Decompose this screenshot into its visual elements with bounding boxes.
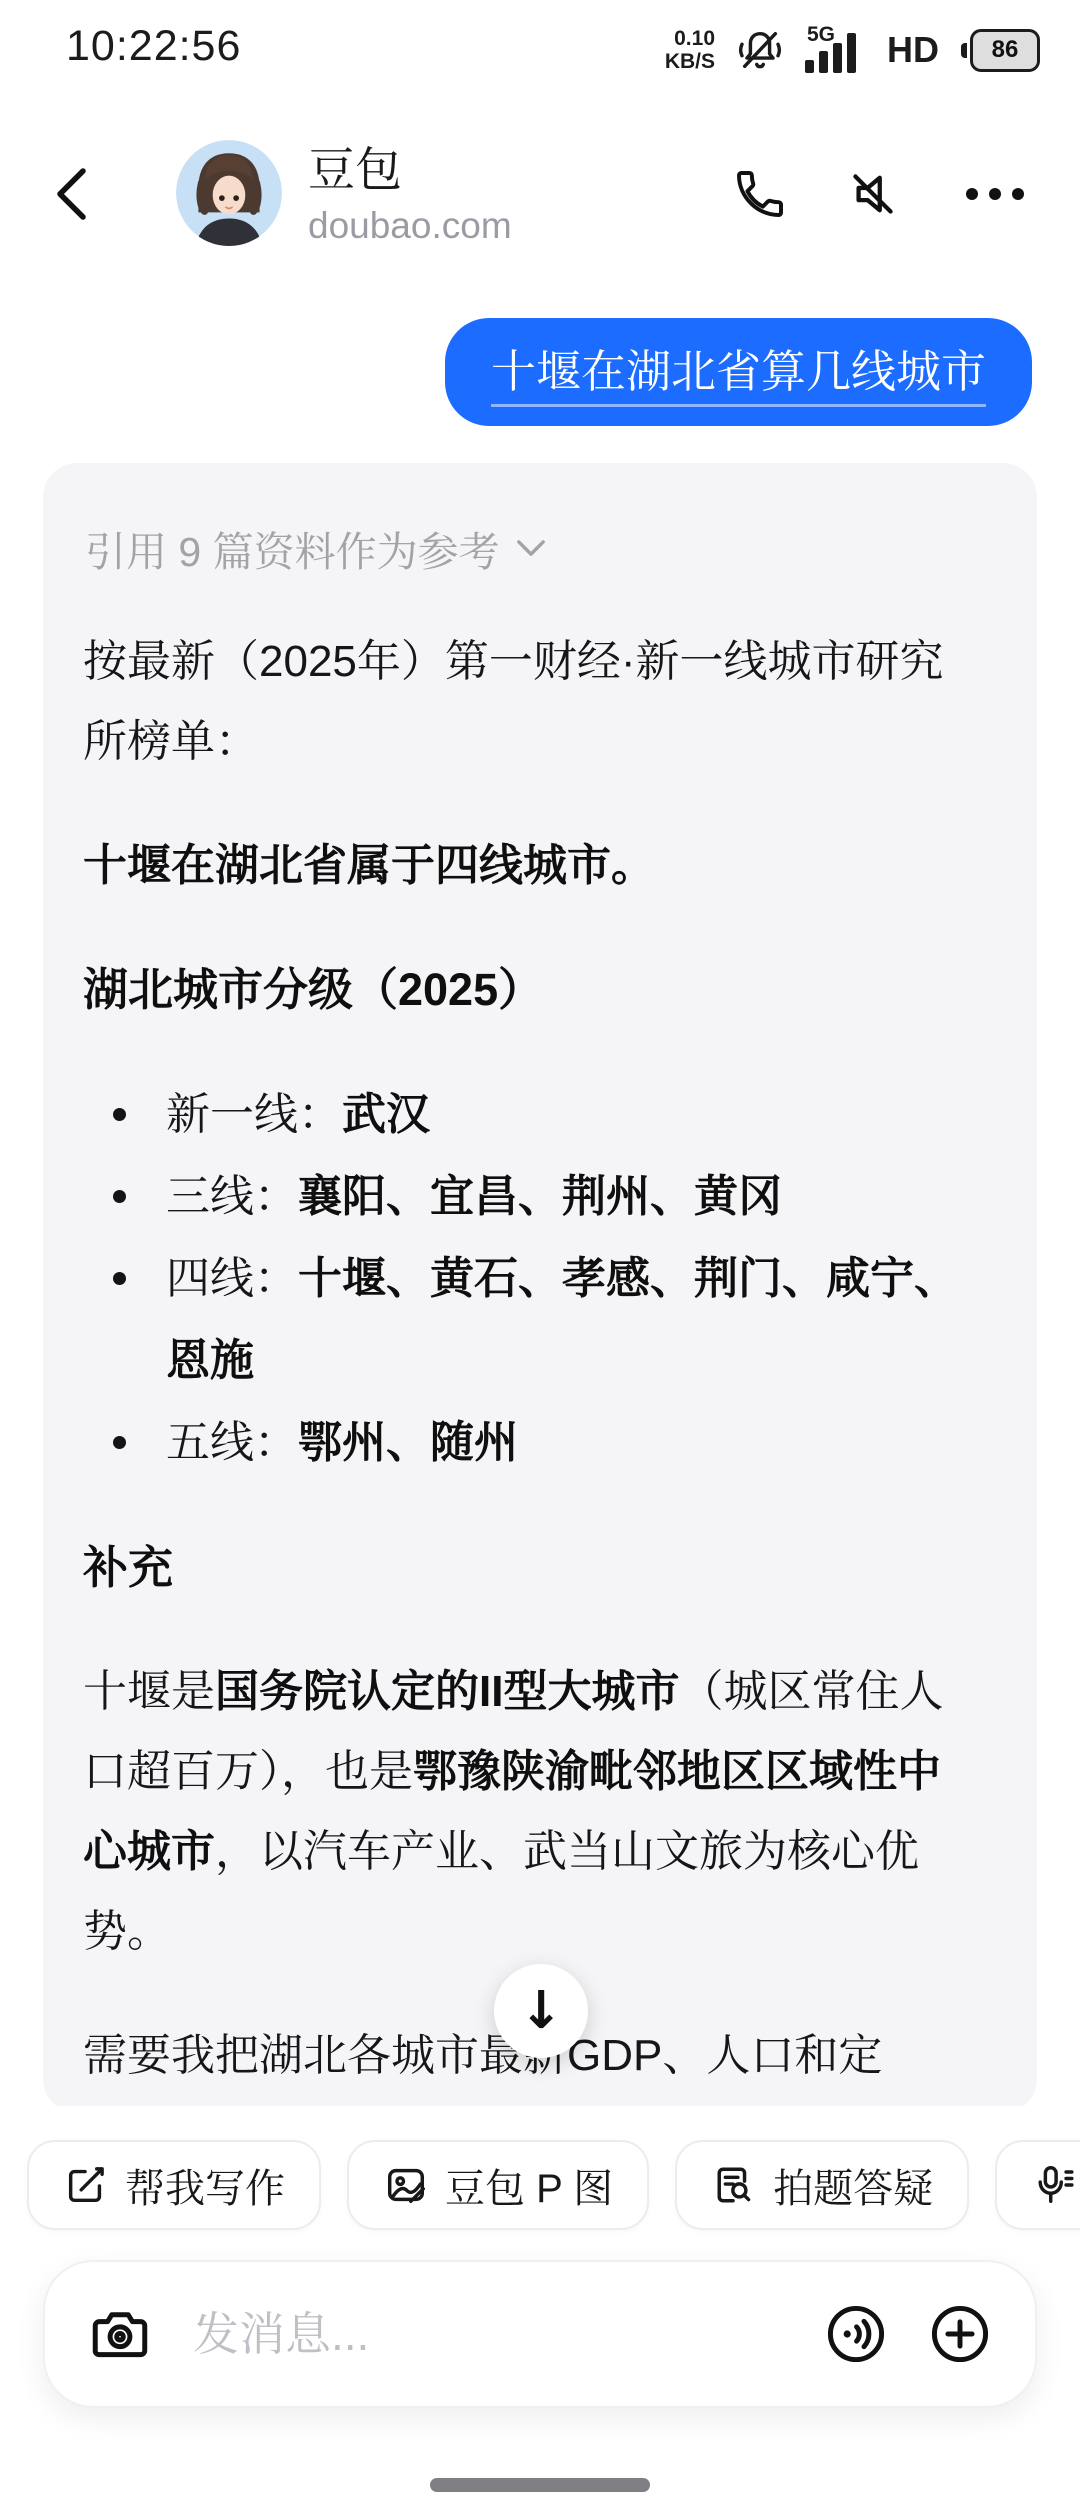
- assistant-name: 豆包: [308, 142, 512, 198]
- battery-icon: 86: [961, 29, 1040, 72]
- assistant-domain: doubao.com: [308, 204, 512, 248]
- sound-muted-icon[interactable]: [846, 128, 900, 260]
- assistant-message-card: 引用 9 篇资料作为参考 按最新（2025年）第一财经·新一线城市研究所榜单： …: [43, 463, 1037, 2113]
- bullet-dot: [113, 1272, 126, 1285]
- assistant-message-body: 按最新（2025年）第一财经·新一线城市研究所榜单： 十堰在湖北省属于四线城市。…: [83, 622, 997, 2113]
- arrow-down-icon: ↓: [519, 1981, 563, 2041]
- header-titles: 豆包 doubao.com: [308, 142, 512, 248]
- status-icons: 0.10 KB/S 5G HD 8: [665, 0, 1040, 100]
- message-input[interactable]: [191, 2306, 785, 2362]
- section-heading: 湖北城市分级（2025）: [83, 950, 983, 1030]
- voice-wave-icon[interactable]: [823, 2301, 889, 2367]
- list-item: 五线：鄂州、随州: [83, 1402, 997, 1484]
- network-speed: 0.10 KB/S: [665, 27, 715, 73]
- tool-label: 拍题答疑: [773, 2157, 933, 2214]
- vibrate-mute-icon: [737, 27, 783, 73]
- signal-5g-icon: 5G: [805, 23, 865, 77]
- paragraph: 十堰是国务院认定的II型大城市（城区常住人口超百万），也是鄂豫陕渝毗邻地区区域性…: [83, 1652, 983, 1972]
- doc-search-icon: [711, 2162, 757, 2208]
- citation-toggle[interactable]: 引用 9 篇资料作为参考: [85, 519, 546, 578]
- citation-label: 引用 9 篇资料作为参考: [85, 519, 500, 578]
- assistant-avatar[interactable]: [176, 140, 282, 246]
- plus-icon[interactable]: [927, 2301, 993, 2367]
- image-edit-icon: [383, 2162, 429, 2208]
- voice-record-button[interactable]: 录音: [995, 2140, 1080, 2230]
- paragraph: 按最新（2025年）第一财经·新一线城市研究所榜单：: [83, 622, 983, 782]
- photo-question-button[interactable]: 拍题答疑: [675, 2140, 969, 2230]
- section-heading: 补充: [83, 1528, 983, 1608]
- scroll-to-bottom-button[interactable]: ↓: [494, 1964, 588, 2058]
- tool-label: 帮我写作: [125, 2157, 285, 2214]
- doubao-photo-edit-button[interactable]: 豆包 P 图: [347, 2140, 649, 2230]
- more-menu-icon[interactable]: [962, 128, 1028, 260]
- chat-header: 豆包 doubao.com: [0, 128, 1080, 260]
- user-message-bubble[interactable]: 十堰在湖北省算几线城市: [445, 318, 1032, 426]
- list-item: 四线：十堰、黄石、孝感、荆门、咸宁、恩施: [83, 1238, 997, 1402]
- network-speed-unit: KB/S: [665, 50, 715, 73]
- list-item: 三线：襄阳、宜昌、荆州、黄冈: [83, 1156, 997, 1238]
- network-speed-value: 0.10: [674, 27, 715, 50]
- hd-indicator: HD: [887, 29, 939, 71]
- paragraph: 需要我把湖北各城市最新GDP、人口和定位做个简明对比吗?: [83, 2016, 893, 2113]
- bullet-dot: [113, 1108, 126, 1121]
- city-tier-list: 新一线：武汉 三线：襄阳、宜昌、荆州、黄冈 四线：十堰、黄石、孝感、荆门、咸宁、…: [83, 1074, 997, 1484]
- status-time: 10:22:56: [66, 22, 241, 71]
- list-item: 新一线：武汉: [83, 1074, 997, 1156]
- home-indicator[interactable]: [430, 2478, 650, 2492]
- bottom-sheet: 帮我写作 豆包 P 图 拍题答疑: [0, 2106, 1080, 2520]
- status-bar: 10:22:56 0.10 KB/S 5G: [0, 0, 1080, 100]
- back-button[interactable]: [50, 164, 96, 224]
- paragraph: 十堰在湖北省属于四线城市。: [83, 826, 983, 906]
- battery-percent: 86: [970, 29, 1040, 72]
- edit-icon: [63, 2162, 109, 2208]
- message-input-bar: [43, 2260, 1037, 2408]
- help-me-write-button[interactable]: 帮我写作: [27, 2140, 321, 2230]
- quick-action-toolbar: 帮我写作 豆包 P 图 拍题答疑: [27, 2140, 1080, 2230]
- camera-icon[interactable]: [87, 2301, 153, 2367]
- user-message-text: 十堰在湖北省算几线城市: [491, 346, 986, 407]
- microphone-icon: [1031, 2162, 1077, 2208]
- voice-call-icon[interactable]: [732, 128, 788, 260]
- tool-label: 豆包 P 图: [445, 2157, 613, 2214]
- doubao-chat-screen: 10:22:56 0.10 KB/S 5G: [0, 0, 1080, 2520]
- chevron-down-icon: [516, 539, 546, 558]
- bullet-dot: [113, 1436, 126, 1449]
- bullet-dot: [113, 1190, 126, 1203]
